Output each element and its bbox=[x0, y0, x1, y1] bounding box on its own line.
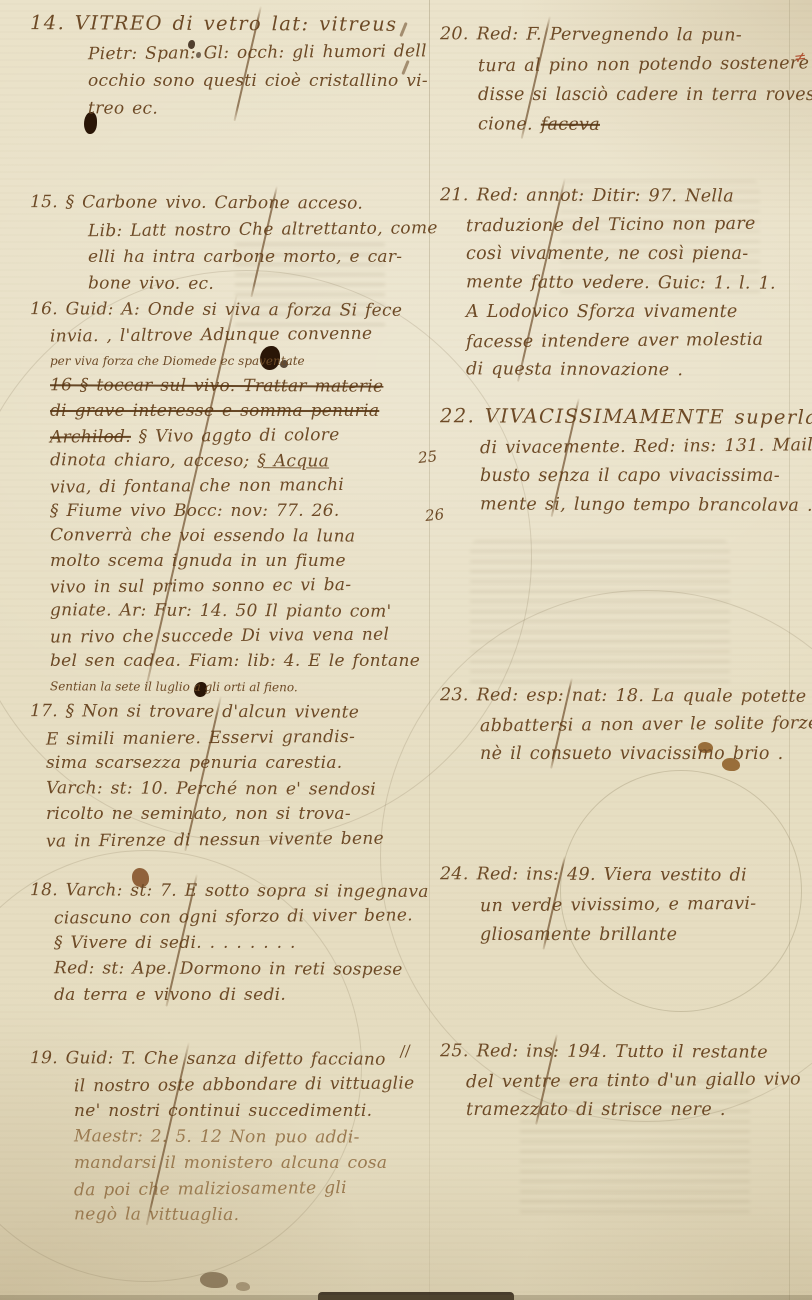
manuscript-line: disse si lasciò cadere in terra rovescia… bbox=[440, 80, 804, 110]
manuscript-line: § Fiume vivo Bocc: nov: 77. 26. bbox=[30, 499, 426, 524]
manuscript-text: § Vivo aggto di colore bbox=[131, 425, 340, 447]
manuscript-text: busto senza il capo vivacissima- bbox=[480, 466, 780, 486]
manuscript-page: 14. VITREO di vetro lat: vitreusPietr: S… bbox=[0, 0, 812, 1300]
manuscript-line: 17. § Non si trovare d'alcun vivente bbox=[30, 699, 426, 726]
manuscript-entry-17: 17. § Non si trovare d'alcun viventeE si… bbox=[30, 700, 426, 853]
manuscript-text: 20. Red: F. Pervegnendo la pun- bbox=[440, 24, 742, 45]
manuscript-line: Maestr: 2. 5. 12 Non puo addi- bbox=[30, 1123, 426, 1151]
manuscript-text: occhio sono questi cioè cristallino vi- bbox=[88, 71, 428, 91]
manuscript-text: 14. VITREO di vetro lat: vitreus bbox=[30, 11, 398, 36]
manuscript-line: 15. § Carbone vivo. Carbone acceso. bbox=[30, 189, 426, 218]
manuscript-text: Varch: st: 10. Perché non e' sendosi bbox=[46, 778, 376, 799]
manuscript-line: un verde vivissimo, e maravi- bbox=[440, 888, 804, 921]
manuscript-line: bel sen cadea. Fiam: lib: 4. E le fontan… bbox=[30, 649, 426, 674]
manuscript-line: cione. faceva bbox=[440, 109, 804, 141]
manuscript-line: busto senza il capo vivacissima- bbox=[440, 462, 804, 491]
manuscript-text: Archilod. bbox=[50, 427, 131, 448]
manuscript-line: 25. Red: ins: 194. Tutto il restante bbox=[440, 1037, 804, 1068]
manuscript-text: invia. , l'altrove Adunque convenne bbox=[50, 324, 372, 347]
manuscript-entry-18: 18. Varch: st: 7. E sotto sopra si ingeg… bbox=[30, 878, 426, 1008]
manuscript-text: 23. Red: esp: nat: 18. La quale potette bbox=[440, 685, 807, 707]
manuscript-text: 25. Red: ins: 194. Tutto il restante bbox=[440, 1041, 768, 1062]
manuscript-line: va in Firenze di nessun vivente bene bbox=[30, 826, 426, 855]
manuscript-text: negò la vittuaglia. bbox=[74, 1204, 239, 1225]
manuscript-text: mandarsi il monistero alcuna cosa bbox=[74, 1153, 387, 1173]
manuscript-line: viva, di fontana che non manchi bbox=[30, 472, 426, 500]
manuscript-text: 18. Varch: st: 7. E sotto sopra si ingeg… bbox=[30, 880, 429, 902]
manuscript-line: treo ec. bbox=[30, 94, 426, 124]
manuscript-text: 16. Guid: A: Onde si viva a forza Si fec… bbox=[30, 299, 402, 321]
margin-note: 25 bbox=[417, 447, 438, 467]
manuscript-line: elli ha intra carbone morto, e car- bbox=[30, 244, 426, 271]
manuscript-entry-22: 22. VIVACISSIMAMENTE superlatdi vivaceme… bbox=[440, 402, 804, 520]
manuscript-text: di vivacemente. Red: ins: 131. Mail bbox=[480, 435, 812, 458]
manuscript-line: 16. Guid: A: Onde si viva a forza Si fec… bbox=[30, 297, 426, 324]
manuscript-text: ricolto ne seminato, non si trova- bbox=[46, 804, 351, 824]
manuscript-line: così vivamente, ne così piena- bbox=[440, 240, 804, 269]
margin-note: 26 bbox=[424, 505, 445, 525]
manuscript-line: mente fatto vedere. Guic: 1. l. 1. bbox=[440, 268, 804, 299]
manuscript-text: un rivo che succede Di viva vena nel bbox=[50, 625, 389, 648]
manuscript-text: ciascuno con ogni sforzo di viver bene. bbox=[54, 905, 413, 928]
manuscript-line: tura al pino non potendo sostenere bbox=[440, 48, 804, 81]
manuscript-line: negò la vittuaglia. bbox=[30, 1201, 426, 1229]
manuscript-line: Pietr: Span: Gl: occh: gli humori dell bbox=[30, 37, 426, 68]
manuscript-line: 24. Red: ins: 49. Viera vestito di bbox=[440, 859, 804, 891]
manuscript-text: elli ha intra carbone morto, e car- bbox=[88, 247, 402, 267]
manuscript-text: Converrà che voi essendo la luna bbox=[50, 525, 355, 546]
manuscript-text: facesse intendere aver molestia bbox=[466, 330, 764, 353]
manuscript-line: ricolto ne seminato, non si trova- bbox=[30, 802, 426, 828]
manuscript-text: Red: st: Ape. Dormono in reti sospese bbox=[54, 958, 403, 980]
manuscript-line: del ventre era tinto d'un giallo vivo bbox=[440, 1065, 804, 1097]
manuscript-line: 18. Varch: st: 7. E sotto sopra si ingeg… bbox=[30, 877, 426, 905]
manuscript-line: Red: st: Ape. Dormono in reti sospese bbox=[30, 955, 426, 983]
manuscript-text: da poi che maliziosamente gli bbox=[74, 1178, 347, 1200]
margin-note: // bbox=[399, 1042, 411, 1061]
manuscript-line: abbattersi a non aver le solite forze bbox=[440, 709, 804, 741]
manuscript-text: traduzione del Ticino non pare bbox=[466, 214, 756, 237]
manuscript-line: traduzione del Ticino non pare bbox=[440, 209, 804, 241]
manuscript-line: 23. Red: esp: nat: 18. La quale potette bbox=[440, 681, 804, 712]
manuscript-line: da poi che maliziosamente gli bbox=[30, 1174, 426, 1203]
manuscript-line: Lib: Latt nostro Che altrettanto, come bbox=[30, 215, 426, 245]
manuscript-entry-25: 25. Red: ins: 194. Tutto il restantedel … bbox=[440, 1038, 804, 1125]
manuscript-line: 20. Red: F. Pervegnendo la pun- bbox=[440, 19, 804, 51]
manuscript-line: il nostro oste abbondare di vittuaglie bbox=[30, 1070, 426, 1099]
manuscript-entry-15: 15. § Carbone vivo. Carbone acceso.Lib: … bbox=[30, 190, 426, 298]
manuscript-text: il nostro oste abbondare di vittuaglie bbox=[74, 1073, 415, 1096]
manuscript-line: bone vivo. ec. bbox=[30, 270, 426, 299]
manuscript-entry-23: 23. Red: esp: nat: 18. La quale potettea… bbox=[440, 682, 804, 769]
manuscript-text: treo ec. bbox=[88, 98, 158, 118]
manuscript-line: 14. VITREO di vetro lat: vitreus bbox=[30, 9, 426, 40]
manuscript-line: Archilod. § Vivo aggto di colore bbox=[30, 422, 426, 450]
manuscript-text: bone vivo. ec. bbox=[88, 273, 214, 294]
manuscript-text: sima scarsezza penuria carestia. bbox=[46, 753, 342, 773]
manuscript-text: Pietr: Span: Gl: occh: gli humori dell bbox=[88, 41, 427, 64]
manuscript-line: di grave interesse e somma penuria bbox=[30, 399, 426, 424]
manuscript-text: § Acqua bbox=[257, 451, 329, 471]
manuscript-text: molto scema ignuda in un fiume bbox=[50, 551, 346, 571]
manuscript-entry-21: 21. Red: annot: Ditir: 97. Nellatraduzio… bbox=[440, 182, 804, 385]
manuscript-text: 15. § Carbone vivo. Carbone acceso. bbox=[30, 192, 363, 213]
manuscript-line: ciascuno con ogni sforzo di viver bene. bbox=[30, 902, 426, 931]
manuscript-entry-20: 20. Red: F. Pervegnendo la pun-tura al p… bbox=[440, 20, 804, 140]
manuscript-line: Sentian la sete il luglio a gli orti al … bbox=[30, 673, 426, 701]
manuscript-line: vivo in sul primo sonno ec vi ba- bbox=[30, 572, 426, 600]
manuscript-text: viva, di fontana che non manchi bbox=[50, 475, 344, 498]
manuscript-line: di vivacemente. Red: ins: 131. Mail bbox=[440, 431, 804, 463]
manuscript-text: così vivamente, ne così piena- bbox=[466, 244, 748, 264]
manuscript-line: mente si, lungo tempo brancolava . bbox=[440, 490, 804, 521]
manuscript-line: per viva forza che Diomede ec spaventate bbox=[30, 348, 426, 374]
manuscript-line: dinota chiaro, acceso; § Acqua bbox=[30, 448, 426, 475]
column-left: 14. VITREO di vetro lat: vitreusPietr: S… bbox=[30, 0, 426, 1300]
column-right: 20. Red: F. Pervegnendo la pun-tura al p… bbox=[440, 0, 804, 1300]
manuscript-text: tramezzato di strisce nere . bbox=[466, 1100, 726, 1120]
manuscript-line: occhio sono questi cioè cristallino vi- bbox=[30, 67, 426, 95]
manuscript-line: Converrà che voi essendo la luna bbox=[30, 523, 426, 550]
manuscript-line: mandarsi il monistero alcuna cosa bbox=[30, 1150, 426, 1176]
manuscript-text: dinota chiaro, acceso; bbox=[50, 450, 257, 471]
manuscript-text: mente si, lungo tempo brancolava . bbox=[480, 494, 812, 515]
manuscript-text: § Vivere di sedi. . . . . . . . bbox=[54, 933, 296, 953]
manuscript-text: 22. VIVACISSIMAMENTE superlat bbox=[440, 404, 812, 429]
manuscript-text: per viva forza che Diomede ec spaventate bbox=[50, 354, 305, 368]
manuscript-line: da terra e vivono di sedi. bbox=[30, 982, 426, 1008]
manuscript-text: del ventre era tinto d'un giallo vivo bbox=[466, 1069, 801, 1092]
manuscript-line: nè il consueto vivacissimo brio . bbox=[440, 740, 804, 769]
margin-note: ≠ bbox=[793, 47, 807, 66]
manuscript-line: ne' nostri continui succedimenti. bbox=[30, 1098, 426, 1124]
manuscript-line: molto scema ignuda in un fiume bbox=[30, 549, 426, 574]
manuscript-entry-24: 24. Red: ins: 49. Viera vestito diun ver… bbox=[440, 860, 804, 950]
manuscript-text: faceva bbox=[541, 115, 600, 135]
manuscript-line: gniate. Ar: Fur: 14. 50 Il pianto com' bbox=[30, 598, 426, 625]
manuscript-text: tura al pino non potendo sostenere bbox=[478, 53, 809, 76]
manuscript-text: di questa innovazione . bbox=[466, 359, 683, 380]
manuscript-text: cione. bbox=[478, 114, 541, 134]
manuscript-entry-14: 14. VITREO di vetro lat: vitreusPietr: S… bbox=[30, 10, 426, 123]
manuscript-line: sima scarsezza penuria carestia. bbox=[30, 751, 426, 777]
manuscript-line: un rivo che succede Di viva vena nel bbox=[30, 622, 426, 650]
manuscript-text: 24. Red: ins: 49. Viera vestito di bbox=[440, 864, 747, 885]
manuscript-text: ne' nostri continui succedimenti. bbox=[74, 1101, 372, 1121]
manuscript-line: § Vivere di sedi. . . . . . . . bbox=[30, 930, 426, 956]
manuscript-text: A Lodovico Sforza vivamente bbox=[466, 302, 738, 322]
manuscript-line: facesse intendere aver molestia bbox=[440, 325, 804, 357]
center-fold-line bbox=[429, 0, 430, 1300]
manuscript-text: va in Firenze di nessun vivente bene bbox=[46, 828, 384, 851]
manuscript-text: E simili maniere. Esservi grandis- bbox=[46, 726, 355, 749]
manuscript-text: Maestr: 2. 5. 12 Non puo addi- bbox=[74, 1126, 360, 1147]
manuscript-text: mente fatto vedere. Guic: 1. l. 1. bbox=[466, 272, 776, 293]
manuscript-line: tramezzato di strisce nere . bbox=[440, 1096, 804, 1125]
manuscript-text: gniate. Ar: Fur: 14. 50 Il pianto com' bbox=[50, 600, 392, 621]
manuscript-line: A Lodovico Sforza vivamente bbox=[440, 298, 804, 327]
manuscript-line: 21. Red: annot: Ditir: 97. Nella bbox=[440, 181, 804, 212]
manuscript-text: nè il consueto vivacissimo brio . bbox=[480, 744, 783, 764]
manuscript-text: 17. § Non si trovare d'alcun vivente bbox=[30, 701, 359, 722]
manuscript-text: di grave interesse e somma penuria bbox=[50, 401, 379, 421]
manuscript-text: bel sen cadea. Fiam: lib: 4. E le fontan… bbox=[50, 651, 420, 671]
manuscript-text: abbattersi a non aver le solite forze bbox=[480, 713, 812, 736]
manuscript-line: gliosamente brillante bbox=[440, 920, 804, 950]
manuscript-text: 19. Guid: T. Che sanza difetto facciano bbox=[30, 1048, 386, 1070]
manuscript-text: 21. Red: annot: Ditir: 97. Nella bbox=[440, 185, 734, 206]
manuscript-line: 22. VIVACISSIMAMENTE superlat bbox=[440, 401, 804, 434]
manuscript-line: 19. Guid: T. Che sanza difetto facciano bbox=[30, 1045, 426, 1073]
manuscript-text: vivo in sul primo sonno ec vi ba- bbox=[50, 575, 352, 598]
manuscript-text: Sentian la sete il luglio a gli orti al … bbox=[50, 679, 298, 694]
manuscript-text: § Fiume vivo Bocc: nov: 77. 26. bbox=[50, 501, 340, 521]
manuscript-text: un verde vivissimo, e maravi- bbox=[480, 894, 757, 916]
manuscript-line: di questa innovazione . bbox=[440, 355, 804, 386]
manuscript-line: 16 § toccar sul vivo. Trattar materie bbox=[30, 373, 426, 400]
manuscript-line: Varch: st: 10. Perché non e' sendosi bbox=[30, 776, 426, 803]
manuscript-line: E simili maniere. Esservi grandis- bbox=[30, 724, 426, 753]
manuscript-entry-19: 19. Guid: T. Che sanza difetto faccianoi… bbox=[30, 1046, 426, 1228]
manuscript-entry-16: 16. Guid: A: Onde si viva a forza Si fec… bbox=[30, 298, 426, 700]
manuscript-text: gliosamente brillante bbox=[480, 925, 677, 945]
